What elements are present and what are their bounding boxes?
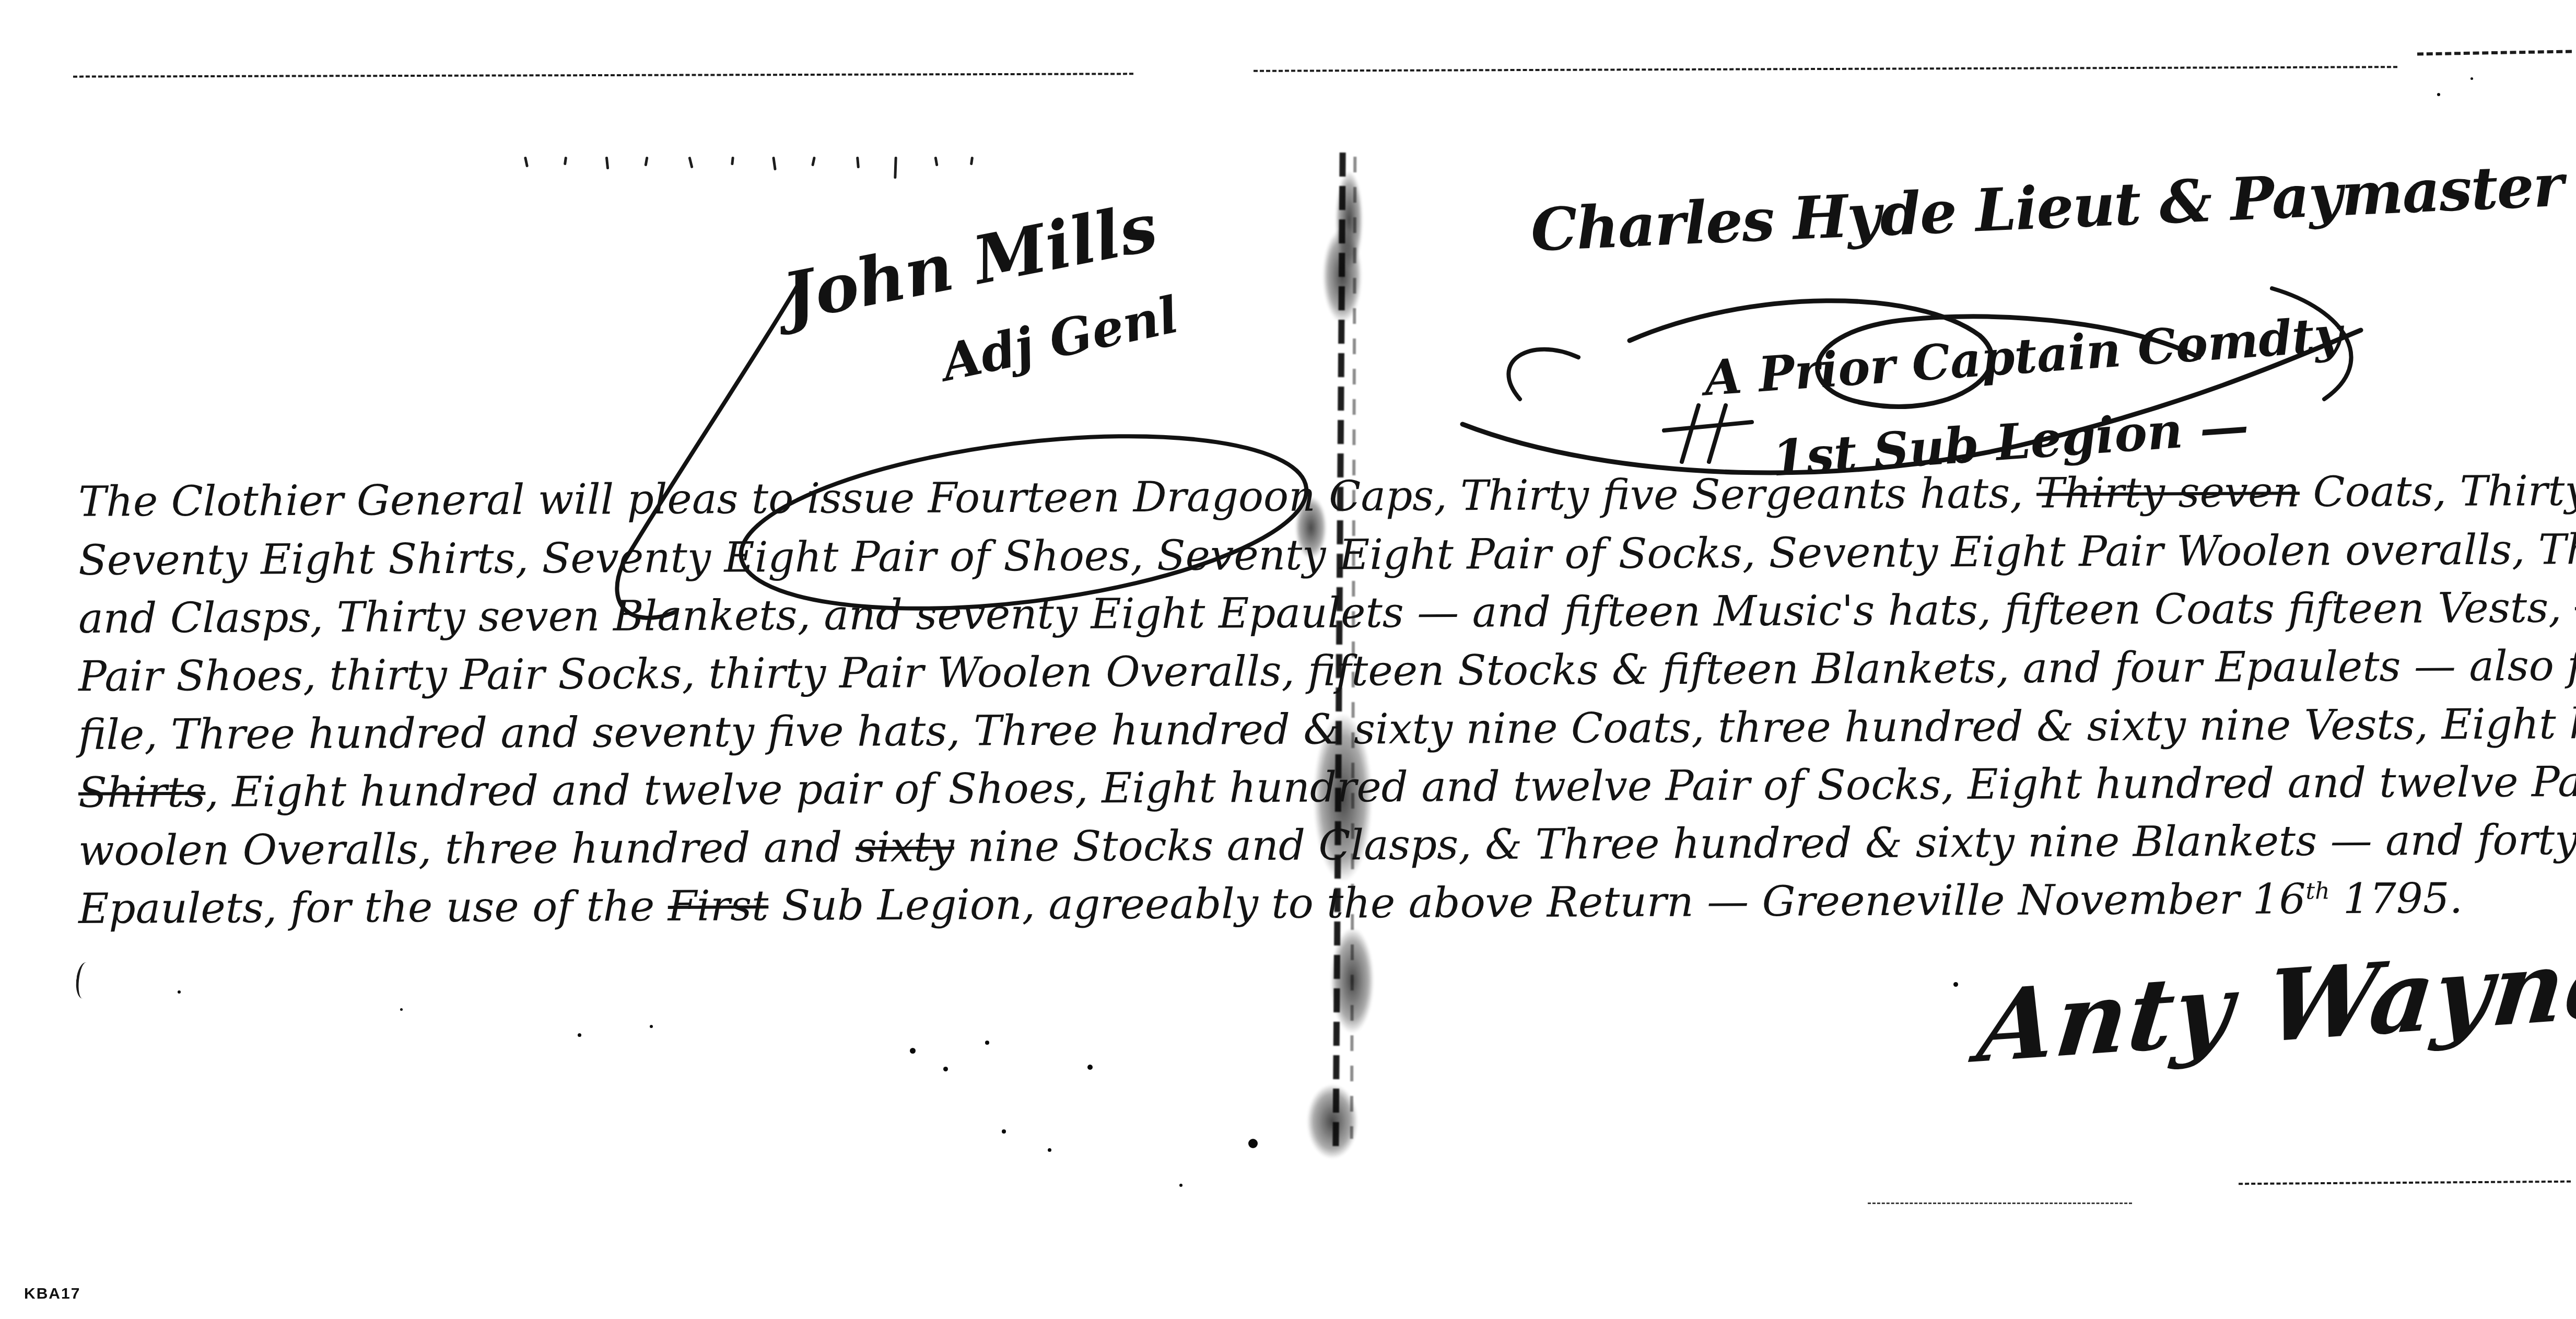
body-text-segment: 1795. xyxy=(2329,874,2463,923)
pen-tick xyxy=(605,157,609,169)
ink-speck xyxy=(910,1048,916,1054)
torn-edge-rule-top-left xyxy=(73,73,1133,77)
body-text-segment: Epaulets, for the use of the xyxy=(78,882,668,933)
paymaster-signature: Charles Hyde Lieut & Paymaster 1st S.L. xyxy=(1529,140,2576,264)
body-line: Epaulets, for the use of the First Sub L… xyxy=(78,874,2463,933)
pen-tick xyxy=(772,157,777,170)
ink-speck xyxy=(1179,1184,1182,1187)
document-page: Charles Hyde Lieut & Paymaster 1st S.L. … xyxy=(0,0,2576,1319)
ink-speck xyxy=(578,1033,581,1037)
margin-mark xyxy=(74,962,94,1000)
ink-speck xyxy=(400,1008,403,1011)
ink-speck xyxy=(2437,93,2440,96)
archive-code: KBA17 xyxy=(24,1285,80,1303)
body-text-segment: nine Stocks and Clasps, & Three hundred … xyxy=(954,815,2576,871)
ink-smudge xyxy=(1324,910,1381,1051)
pen-tick xyxy=(970,157,974,166)
struck-text: First xyxy=(668,881,769,930)
body-text-segment: file, Three hundred and seventy five hat… xyxy=(78,698,2576,759)
ink-speck xyxy=(1953,982,1958,987)
ink-speck xyxy=(1087,1065,1093,1070)
body-line: The Clothier General will pleas to issue… xyxy=(78,465,2576,526)
torn-edge-rule-top-right xyxy=(1254,66,2397,72)
pen-tick xyxy=(811,157,816,167)
struck-text: sixty xyxy=(856,823,955,872)
body-text-segment: Coats, Thirty seven Vests— xyxy=(2300,465,2576,516)
torn-edge-rule-bottom-right xyxy=(2239,1181,2571,1185)
pen-tick xyxy=(856,157,860,168)
body-line: Seventy Eight Shirts, Seventy Eight Pair… xyxy=(78,523,2576,584)
commander-signature: Anty Wayne xyxy=(1973,923,2576,1085)
torn-edge-rule-top-corner xyxy=(2417,50,2572,55)
pen-tick xyxy=(731,157,734,165)
ink-speck xyxy=(1002,1129,1006,1134)
ink-smudge xyxy=(1331,155,1367,285)
body-line: and Clasps, Thirty seven Blankets, and s… xyxy=(78,581,2576,643)
body-text-segment: Pair Shoes, thirty Pair Socks, thirty Pa… xyxy=(78,640,2576,701)
pen-tick xyxy=(564,157,567,166)
ink-speck xyxy=(1248,1139,1258,1148)
body-text-segment: , Eight hundred and twelve pair of Shoes… xyxy=(205,757,2576,816)
body-line: Shirts, Eight hundred and twelve pair of… xyxy=(78,757,2576,817)
pen-tick xyxy=(688,157,693,169)
torn-edge-rule-bottom-center xyxy=(1868,1203,2132,1204)
pen-tick xyxy=(524,157,529,168)
ink-speck xyxy=(2470,77,2473,80)
body-text-segment: The Clothier General will pleas to issue… xyxy=(78,469,2036,526)
strike-mark xyxy=(1662,403,1756,466)
body-text-segment: woolen Overalls, three hundred and xyxy=(78,823,856,874)
pen-tick xyxy=(894,157,897,179)
struck-text: Shirts xyxy=(78,767,206,816)
body-line: Pair Shoes, thirty Pair Socks, thirty Pa… xyxy=(78,640,2576,701)
body-text-segment: and Clasps, Thirty seven Blankets, and s… xyxy=(78,583,2575,643)
ink-speck xyxy=(650,1025,653,1028)
body-text-segment: Seventy Eight Shirts, Seventy Eight Pair… xyxy=(78,523,2576,584)
struck-text: Thirty seven xyxy=(2036,468,2300,517)
ink-speck xyxy=(178,990,181,994)
body-text-segment: Sub Legion, agreeably to the above Retur… xyxy=(768,874,2306,930)
ink-speck xyxy=(307,614,310,617)
body-text-segment: th xyxy=(2305,878,2329,904)
ink-speck xyxy=(1048,1148,1051,1152)
pen-tick xyxy=(934,157,938,167)
ink-smudge xyxy=(1298,1072,1366,1171)
body-line: file, Three hundred and seventy five hat… xyxy=(78,698,2576,759)
body-line: woolen Overalls, three hundred and sixty… xyxy=(78,815,2576,875)
pen-tick xyxy=(644,157,648,167)
ink-speck xyxy=(943,1067,948,1071)
ink-speck xyxy=(985,1041,989,1045)
